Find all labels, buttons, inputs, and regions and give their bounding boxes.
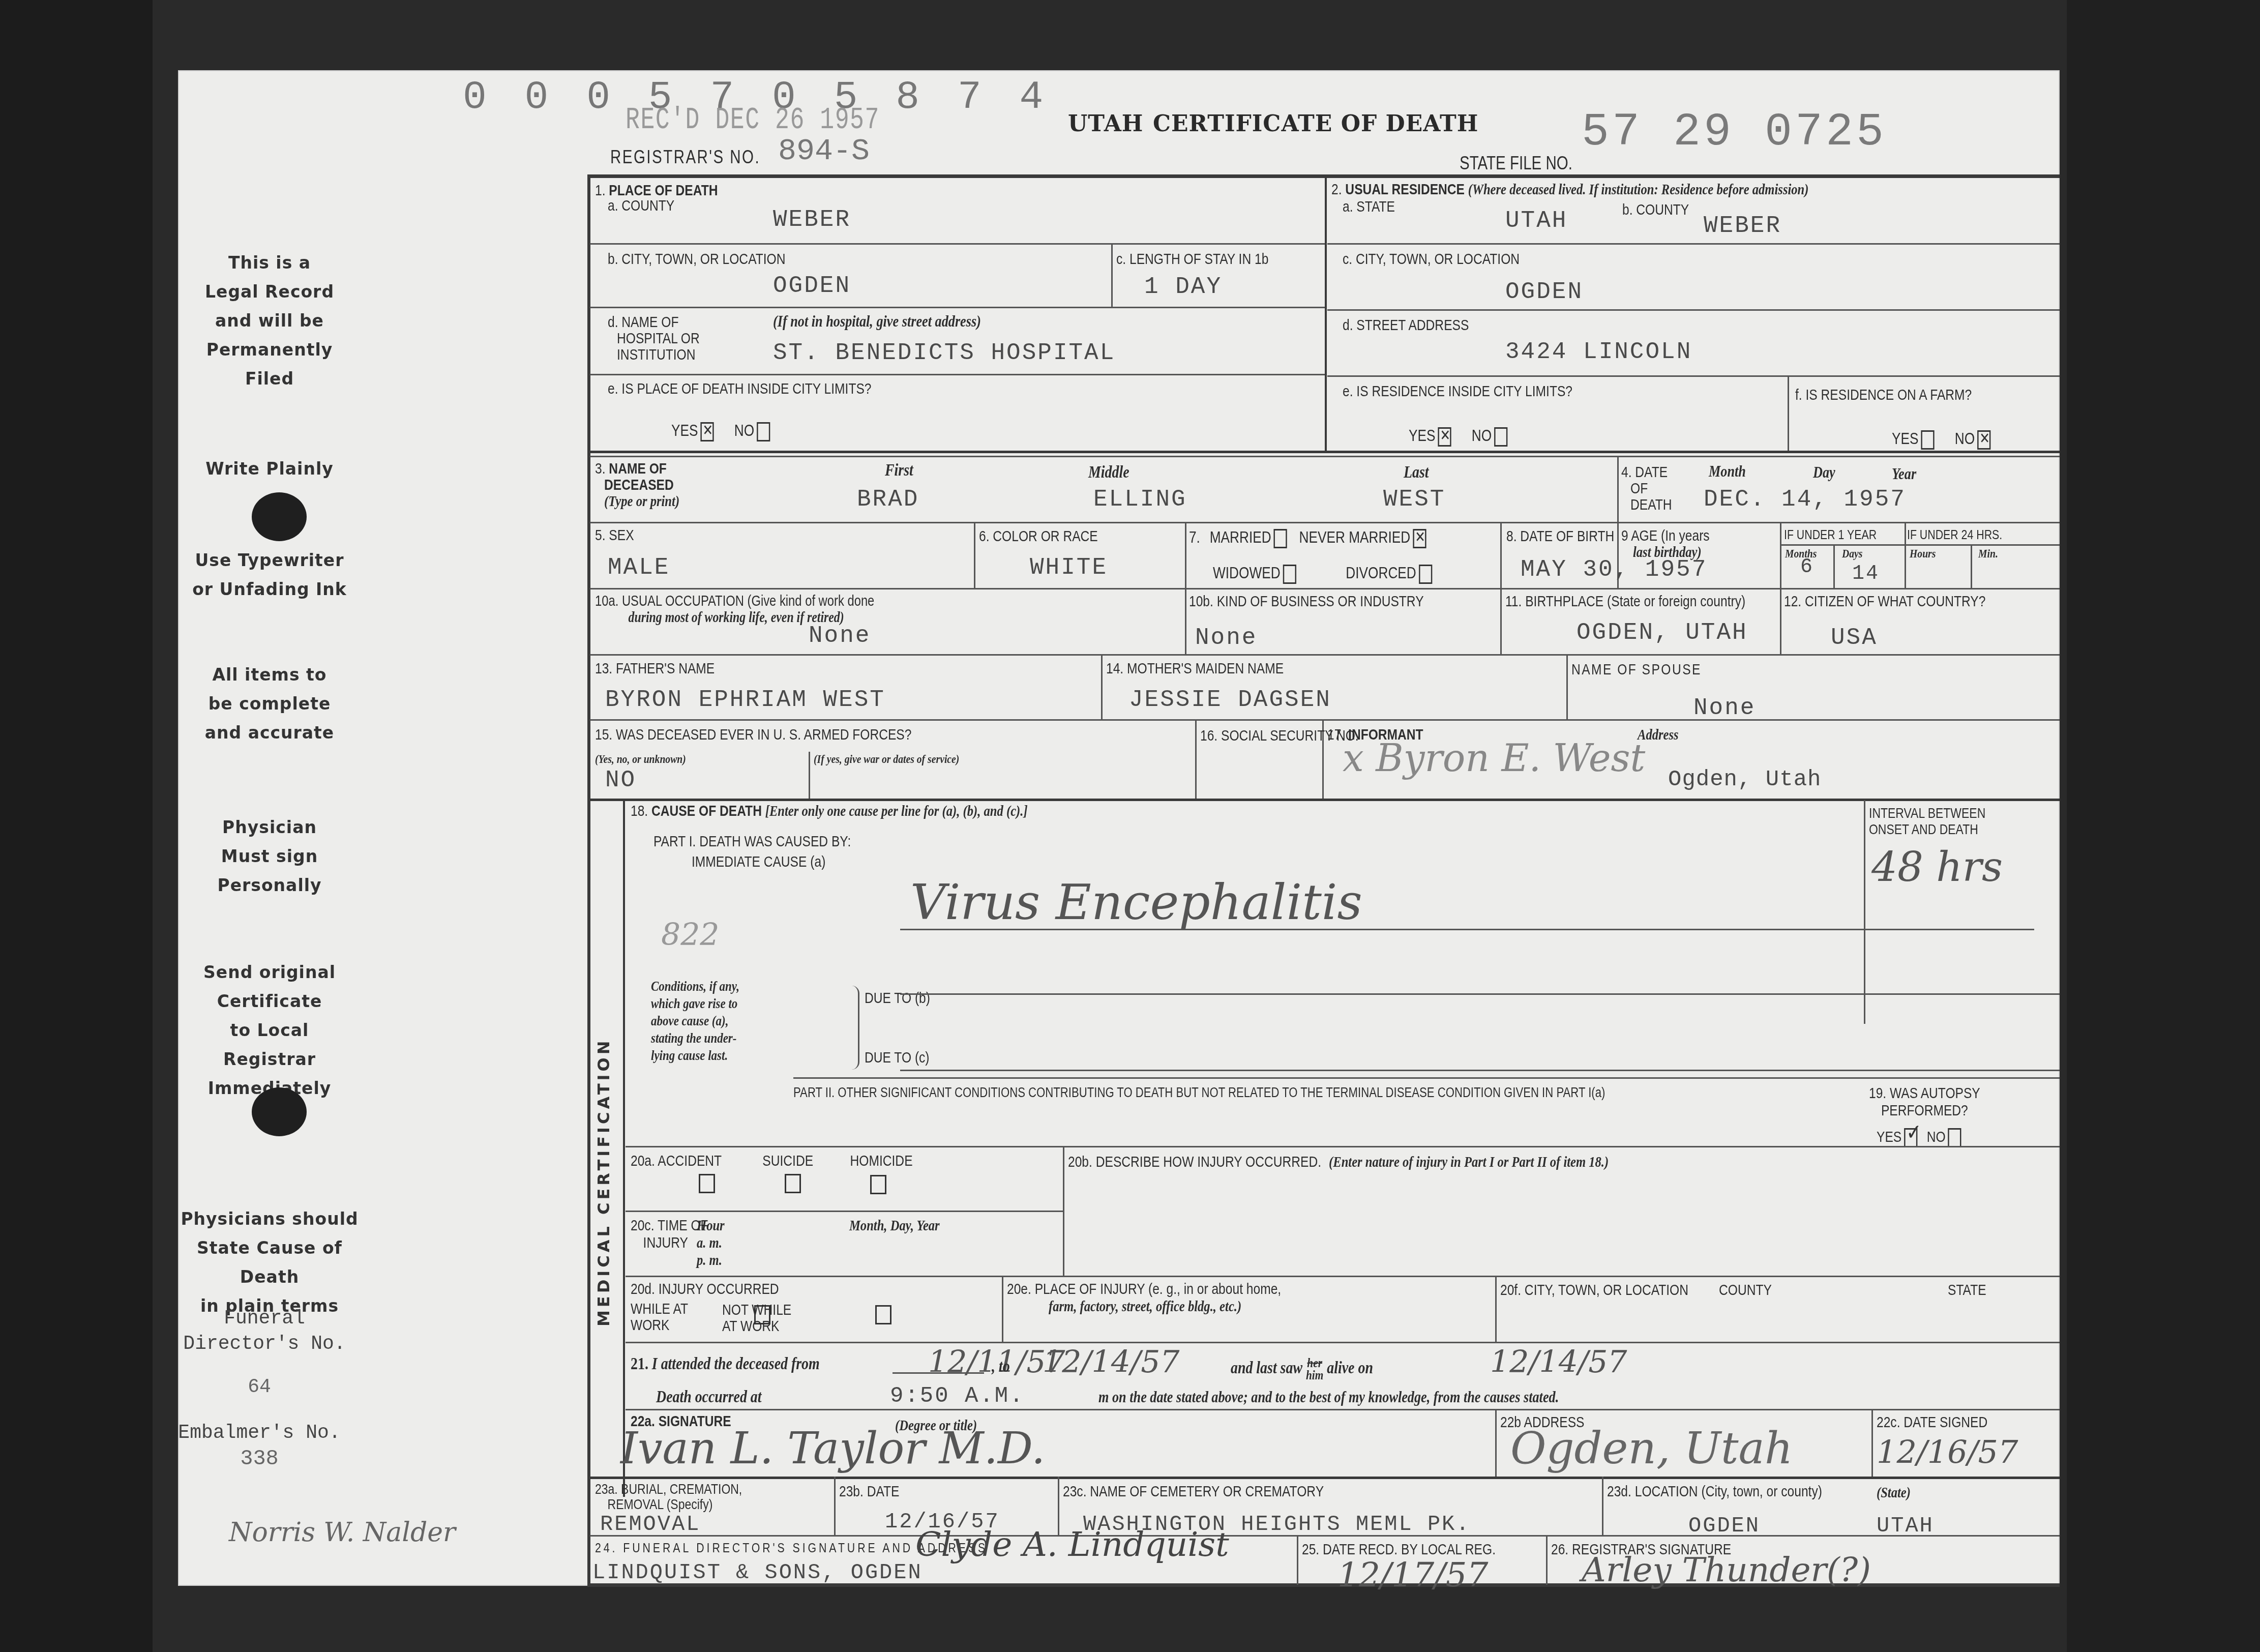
last-name-value: WEST (1383, 486, 1445, 513)
frame-left (587, 174, 590, 1586)
place-city-limits-no-checkbox[interactable] (757, 422, 770, 441)
armed-forces-value: NO (605, 767, 636, 793)
rule (1871, 1409, 1873, 1478)
state-file-no: 57 29 0725 (1582, 107, 1887, 159)
rule (590, 307, 1325, 308)
under-1-year-label: IF UNDER 1 YEAR (1784, 527, 1877, 543)
not-while-at-work-checkbox[interactable] (875, 1305, 891, 1324)
to-label: , to (992, 1357, 1010, 1376)
interval-value: 48 hrs (1871, 843, 2003, 891)
rule (1788, 375, 1789, 452)
under-24-hrs-label: IF UNDER 24 HRS. (1907, 527, 2002, 543)
dob-label: 8. DATE OF BIRTH (1506, 528, 1614, 545)
certificate-title: UTAH CERTIFICATE OF DEATH (1068, 111, 1478, 137)
cause-of-death-heading: 18. CAUSE OF DEATH [Enter only one cause… (631, 803, 1028, 820)
res-city-label: c. CITY, TOWN, OR LOCATION (1343, 251, 1520, 268)
first-name-value: BRAD (857, 486, 919, 513)
usual-residence-heading: 2. USUAL RESIDENCE (Where deceased lived… (1331, 181, 1808, 198)
res-street-label: d. STREET ADDRESS (1343, 317, 1469, 334)
rule (590, 374, 1325, 375)
industry-value: None (1195, 625, 1257, 651)
injury-mdy-label: Month, Day, Year (849, 1217, 940, 1234)
sex-label: 5. SEX (595, 527, 634, 544)
side-note-send-original: Send originalCertificateto LocalRegistra… (178, 958, 361, 1103)
injury-occurred-label: 20d. INJURY OCCURRED (631, 1281, 779, 1298)
embalmer-signature: Norris W. Nalder (229, 1517, 456, 1548)
birthplace-value: OGDEN, UTAH (1577, 619, 1748, 646)
rule (974, 523, 975, 588)
injury-state-label: STATE (1948, 1282, 1986, 1299)
informant-signature: x Byron E. West (1343, 736, 1645, 780)
autopsy-label: 19. WAS AUTOPSYPERFORMED? (1869, 1085, 1980, 1119)
location-state-value: UTAH (1877, 1514, 1934, 1538)
location-value: OGDEN (1688, 1514, 1760, 1538)
hours-label: Hours (1910, 547, 1936, 561)
citizen-value: USA (1831, 625, 1878, 651)
res-farm-options: YES NO (1892, 429, 1990, 450)
injury-city-label: 20f. CITY, TOWN, OR LOCATION (1500, 1282, 1688, 1299)
due-to-c-label: DUE TO (c) (865, 1049, 930, 1067)
rule (590, 588, 2060, 589)
rule (1327, 375, 2060, 377)
rule (590, 1535, 2060, 1537)
immediate-cause-value: Virus Encephalitis (910, 874, 1362, 931)
res-farm-label: f. IS RESIDENCE ON A FARM? (1795, 387, 1972, 404)
rule (626, 1342, 2060, 1343)
burial-value: REMOVAL (600, 1512, 700, 1537)
rule (1566, 654, 1568, 719)
rule (1546, 1535, 1548, 1585)
death-statement: m on the date stated above; and to the b… (1098, 1388, 1559, 1406)
rule (1063, 1146, 1064, 1276)
place-of-injury-label: 20e. PLACE OF INJURY (e. g., in or about… (1007, 1281, 1281, 1315)
death-time-value: 9:50 A.M. (890, 1383, 1025, 1409)
rule (1617, 457, 1619, 523)
burial-date-label: 23b. DATE (839, 1483, 900, 1500)
due-to-b-label: DUE TO (b) (865, 990, 930, 1007)
rule (1602, 1477, 1603, 1535)
scan-background-left (0, 0, 153, 1652)
received-stamp: REC'D DEC 26 1957 (626, 102, 880, 138)
rule (590, 654, 2060, 656)
widowed-checkbox[interactable] (1283, 565, 1296, 584)
last-name-label: Last (1404, 463, 1429, 482)
race-value: WHITE (1030, 554, 1108, 581)
rule (1495, 1276, 1497, 1342)
side-note-complete: All items tobe completeand accurate (178, 660, 361, 747)
res-city-value: OGDEN (1505, 279, 1583, 305)
rule (1327, 243, 2060, 245)
homicide-checkbox[interactable] (870, 1175, 886, 1194)
rule (590, 799, 2060, 801)
accident-checkbox[interactable] (699, 1174, 715, 1193)
side-note-typewriter: Use Typewriteror Unfading Ink (178, 546, 361, 604)
divider-1-2 (1325, 177, 1327, 452)
city-label: b. CITY, TOWN, OR LOCATION (608, 251, 785, 268)
side-note-physician-sign: PhysicianMust signPersonally (178, 813, 361, 900)
first-name-label: First (885, 461, 913, 480)
mother-value: JESSIE DAGSEN (1129, 687, 1331, 713)
burial-label: 23a. BURIAL, CREMATION,REMOVAL (Specify) (595, 1482, 742, 1512)
res-county-label: b. COUNTY (1622, 201, 1689, 219)
rule (1833, 544, 1835, 588)
last-saw-label: and last saw herhim alive on (1231, 1357, 1373, 1381)
race-label: 6. COLOR OR RACE (979, 528, 1098, 545)
attended-to-value: 12/14/57 (1043, 1344, 1179, 1380)
res-county-value: WEBER (1704, 213, 1781, 239)
rule (590, 522, 2060, 523)
hospital-value: ST. BENEDICTS HOSPITAL (773, 340, 1115, 366)
state-file-no-label: STATE FILE NO. (1460, 153, 1572, 174)
interval-label: INTERVAL BETWEENONSET AND DEATH (1869, 805, 1985, 838)
due-to-b-line (900, 993, 2060, 995)
attended-label: 21. I attended the deceased from (631, 1354, 820, 1374)
min-label: Min. (1978, 547, 1998, 561)
rule (590, 1477, 2060, 1479)
divorced-checkbox[interactable] (1419, 565, 1432, 584)
autopsy-yes-checkbox[interactable] (1904, 1128, 1917, 1147)
stay-value: 1 DAY (1144, 274, 1222, 300)
sex-value: MALE (608, 554, 670, 581)
res-city-limits-no-checkbox[interactable] (1494, 427, 1507, 447)
cemetery-label: 23c. NAME OF CEMETERY OR CREMATORY (1063, 1483, 1324, 1500)
age-months-value: 6 (1800, 556, 1814, 579)
res-state-label: a. STATE (1343, 198, 1395, 216)
conditions-label: Conditions, if any,which gave rise toabo… (651, 978, 739, 1065)
rule (1101, 654, 1103, 719)
part2-label: PART II. OTHER SIGNIFICANT CONDITIONS CO… (793, 1085, 1605, 1101)
married-checkbox[interactable] (1274, 529, 1287, 548)
rule (834, 1477, 836, 1535)
place-city-limits-yes-checkbox[interactable] (700, 422, 713, 441)
location-label: 23d. LOCATION (City, town, or county) (1607, 1483, 1822, 1500)
side-note-write-plainly: Write Plainly (178, 454, 361, 483)
embalmer-no: 338 (168, 1446, 351, 1471)
side-note-plain-terms: Physicians shouldState Cause of Deathin … (173, 1204, 366, 1320)
title-state: UTAH (1068, 111, 1143, 137)
autopsy-options: YES NO (1877, 1128, 1961, 1147)
place-county-value: WEBER (773, 206, 851, 233)
date-recd-value: 12/17/57 (1337, 1555, 1488, 1595)
frame-top (587, 174, 2060, 178)
death-occurred-label: Death occurred at (656, 1388, 762, 1407)
title-text: CERTIFICATE OF DEATH (1153, 111, 1478, 137)
funeral-director-signature: Clyde A. Lindquist (915, 1525, 1229, 1564)
rule (626, 1146, 2060, 1147)
place-of-death-heading: 1. PLACE OF DEATH (595, 182, 718, 199)
rule (1780, 588, 1781, 654)
rule (1780, 523, 1781, 588)
rule (1971, 544, 1972, 588)
age-days-value: 14 (1852, 563, 1880, 585)
armed-forces-hint-1: (Yes, no, or unknown) (595, 753, 686, 766)
res-city-limits-label: e. IS RESIDENCE INSIDE CITY LIMITS? (1343, 383, 1572, 400)
binder-hole-top (252, 492, 307, 541)
father-label: 13. FATHER'S NAME (595, 660, 715, 677)
dod-day-label: Day (1813, 463, 1835, 482)
physician-address-value: Ogden, Utah (1510, 1423, 1793, 1474)
res-city-limits-yes-checkbox[interactable] (1438, 427, 1451, 447)
birthplace-label: 11. BIRTHPLACE (State or foreign country… (1505, 593, 1745, 610)
rule (1495, 1409, 1497, 1478)
rule (1297, 1535, 1298, 1585)
res-farm-yes-checkbox[interactable] (1921, 430, 1934, 450)
last-saw-alive-value: 12/14/57 (1490, 1344, 1627, 1380)
occupation-label: 10a. USUAL OCCUPATION (Give kind of work… (595, 593, 874, 626)
not-while-at-work-label: NOT WHILEAT WORK (722, 1302, 791, 1335)
rule (1780, 544, 2060, 546)
registrar-signature: Arley Thunder(?) (1582, 1550, 1871, 1589)
date-of-death-label: 4. DATE OF DEATH (1621, 464, 1672, 513)
spouse-label: NAME OF SPOUSE (1571, 661, 1702, 678)
place-city-limits-label: e. IS PLACE OF DEATH INSIDE CITY LIMITS? (608, 380, 872, 398)
physician-signature: Ivan L. Taylor M.D. (620, 1423, 1045, 1474)
father-value: BYRON EPHRIAM WEST (605, 687, 885, 713)
hospital-label: d. NAME OF HOSPITAL OR INSTITUTION (608, 314, 700, 363)
date-signed-value: 12/16/57 (1877, 1433, 2018, 1470)
medical-certification-label: MEDICAL CERTIFICATION (594, 1038, 613, 1326)
spouse-value: None (1693, 695, 1756, 721)
describe-injury-label: 20b. DESCRIBE HOW INJURY OCCURRED. (Ente… (1068, 1154, 1609, 1171)
rule (1864, 800, 1865, 1024)
rule (590, 243, 1325, 245)
occupation-value: None (809, 623, 871, 649)
never-married-checkbox[interactable] (1413, 529, 1426, 548)
county-label: a. COUNTY (608, 197, 674, 215)
registrars-no: 894-S (778, 134, 870, 169)
age-label: 9 AGE (In years last birthday) (1621, 528, 1710, 560)
middle-name-value: ELLING (1093, 486, 1187, 513)
place-city-value: OGDEN (773, 273, 851, 299)
side-note-legal-record: This is aLegal Recordand will bePermanen… (178, 248, 361, 393)
rule (590, 719, 2060, 721)
date-of-death-value: DEC. 14, 1957 (1704, 486, 1906, 513)
armed-forces-label: 15. WAS DECEASED EVER IN U. S. ARMED FOR… (595, 726, 911, 744)
death-certificate: 0 0 0 5 7 0 5 8 7 4 REC'D DEC 26 1957 RE… (178, 70, 2060, 1586)
rule (1327, 309, 2060, 311)
days-label: Days (1842, 547, 1862, 561)
rule (626, 1409, 2060, 1410)
funeral-director-no-label: FuneralDirector's No. (173, 1306, 356, 1357)
informant-address-value: Ogden, Utah (1668, 767, 1821, 792)
immediate-cause-label: IMMEDIATE CAUSE (a) (692, 853, 825, 871)
part1-label: PART I. DEATH WAS CAUSED BY: (653, 833, 851, 850)
rule (793, 1077, 2060, 1079)
rule (590, 451, 2060, 453)
rule (1111, 243, 1113, 307)
date-signed-label: 22c. DATE SIGNED (1877, 1414, 1987, 1431)
suicide-checkbox[interactable] (785, 1174, 801, 1193)
manner-label: 20a. ACCIDENT SUICIDE HOMICIDE (631, 1153, 913, 1170)
while-at-work-label: WHILE ATWORK (631, 1301, 688, 1334)
res-city-limits-options: YES NO (1409, 426, 1507, 447)
mother-label: 14. MOTHER'S MAIDEN NAME (1106, 660, 1284, 677)
res-farm-no-checkbox[interactable] (1977, 430, 1990, 450)
code-annotation: 822 (661, 917, 720, 953)
registrars-no-label: REGISTRAR'S NO. (610, 146, 760, 168)
rule (626, 1211, 1063, 1212)
binder-hole-bottom (252, 1087, 307, 1136)
marital-status-group: 7. MARRIED NEVER MARRIED (1189, 528, 1426, 548)
rule (1195, 719, 1197, 800)
autopsy-no-checkbox[interactable] (1948, 1128, 1961, 1147)
rule (626, 1276, 2060, 1277)
embalmer-no-label: Embalmer's No. (168, 1421, 351, 1446)
rule (809, 752, 810, 800)
rule (590, 456, 2060, 457)
industry-label: 10b. KIND OF BUSINESS OR INDUSTRY (1189, 593, 1424, 610)
rule (1905, 523, 1906, 588)
injury-county-label: COUNTY (1719, 1282, 1772, 1299)
citizen-label: 12. CITIZEN OF WHAT COUNTRY? (1784, 593, 1985, 610)
rule (623, 800, 625, 1497)
rule (1002, 1276, 1003, 1342)
armed-forces-hint-2: (If yes, give war or dates of service) (814, 753, 959, 766)
deceased-name-label: 3. NAME OF DECEASED (Type or print) (595, 461, 679, 510)
scan-background-right (2067, 0, 2260, 1652)
res-state-value: UTAH (1505, 208, 1567, 234)
funeral-director-no: 64 (168, 1375, 351, 1400)
location-state-label: (State) (1877, 1484, 1911, 1501)
hospital-hint: (If not in hospital, give street address… (773, 312, 981, 331)
dod-month-label: Month (1709, 462, 1746, 481)
hour-ampm-label: Houra. m.p. m. (697, 1217, 725, 1269)
funeral-director-value: LINDQUIST & SONS, OGDEN (592, 1560, 923, 1585)
marital-status-group-2: WIDOWED DIVORCED (1213, 564, 1432, 584)
conditions-bracket (852, 986, 859, 1070)
middle-name-label: Middle (1088, 463, 1129, 482)
due-to-c-line (900, 1070, 2060, 1071)
dod-year-label: Year (1892, 464, 1916, 483)
place-city-limits-options: YES NO (671, 421, 770, 441)
res-street-value: 3424 LINCOLN (1505, 339, 1692, 365)
stay-label: c. LENGTH OF STAY IN 1b (1116, 251, 1268, 268)
